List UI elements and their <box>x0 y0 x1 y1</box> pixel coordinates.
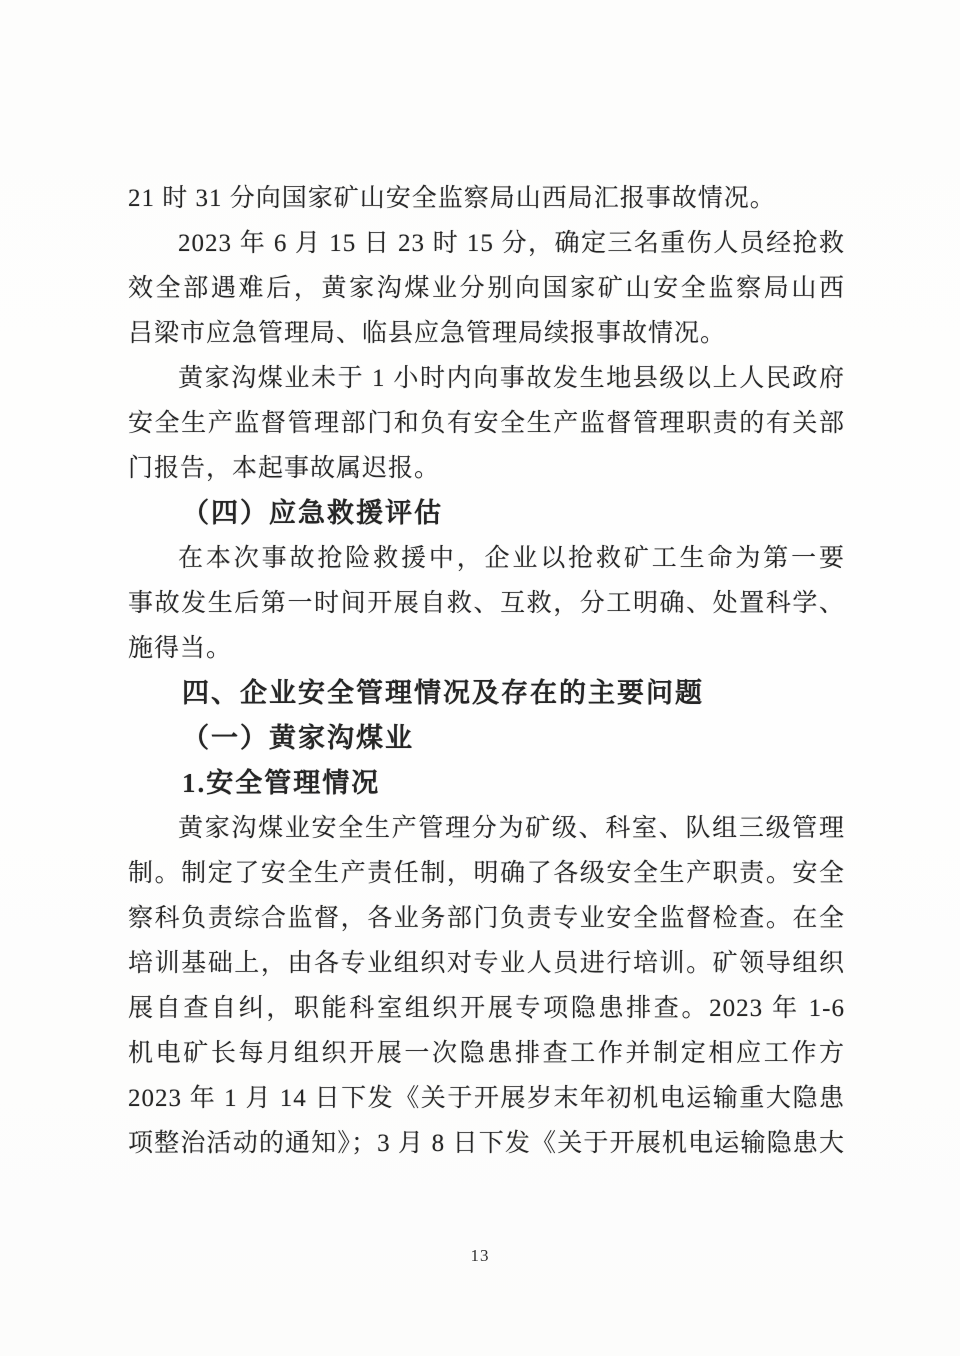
section-heading-emergency-rescue-evaluation: （四）应急救援评估 <box>128 491 845 536</box>
body-text-line: 门报告，本起事故属迟报。 <box>128 446 845 491</box>
body-text-line: 展自查自纠，职能科室组织开展专项隐患排查。2023 年 1-6 月， <box>128 986 845 1031</box>
body-text-line: 在本次事故抢险救援中，企业以抢救矿工生命为第一要务， <box>128 536 845 581</box>
body-text-line: 项整治活动的通知》；3 月 8 日下发《关于开展机电运输隐患大 <box>128 1121 845 1166</box>
body-text-line: 2023 年 1 月 14 日下发《关于开展岁末年初机电运输重大隐患专 <box>128 1076 845 1121</box>
body-text-line: 事故发生后第一时间开展自救、互救，分工明确、处置科学、措 <box>128 581 845 626</box>
chapter-heading-enterprise-safety-management: 四、企业安全管理情况及存在的主要问题 <box>128 671 845 716</box>
subsection-heading-huangjiagou-coal: （一）黄家沟煤业 <box>128 716 845 761</box>
numbered-heading-safety-management-status: 1.安全管理情况 <box>128 761 845 806</box>
body-text-line: 2023 年 6 月 15 日 23 时 15 分，确定三名重伤人员经抢救无 <box>128 221 845 266</box>
body-text-line: 黄家沟煤业安全生产管理分为矿级、科室、队组三级管理体 <box>128 806 845 851</box>
document-page: 21 时 31 分向国家矿山安全监察局山西局汇报事故情况。 2023 年 6 月… <box>0 0 960 1356</box>
body-text-line: 制。制定了安全生产责任制，明确了各级安全生产职责。安全监 <box>128 851 845 896</box>
body-text-line: 察科负责综合监督，各业务部门负责专业安全监督检查。在全员 <box>128 896 845 941</box>
body-text-line: 效全部遇难后，黄家沟煤业分别向国家矿山安全监察局山西局、 <box>128 266 845 311</box>
body-text-line: 培训基础上，由各专业组织对专业人员进行培训。矿领导组织开 <box>128 941 845 986</box>
body-text-line: 21 时 31 分向国家矿山安全监察局山西局汇报事故情况。 <box>128 176 845 221</box>
body-text-line: 黄家沟煤业未于 1 小时内向事故发生地县级以上人民政府 <box>128 356 845 401</box>
body-text-line: 机电矿长每月组织开展一次隐患排查工作并制定相应工作方案； <box>128 1031 845 1076</box>
body-text-line: 施得当。 <box>128 626 845 671</box>
document-text-block: 21 时 31 分向国家矿山安全监察局山西局汇报事故情况。 2023 年 6 月… <box>128 176 845 1166</box>
body-text-line: 吕梁市应急管理局、临县应急管理局续报事故情况。 <box>128 311 845 356</box>
body-text-line: 安全生产监督管理部门和负有安全生产监督管理职责的有关部 <box>128 401 845 446</box>
page-number: 13 <box>0 1243 960 1269</box>
